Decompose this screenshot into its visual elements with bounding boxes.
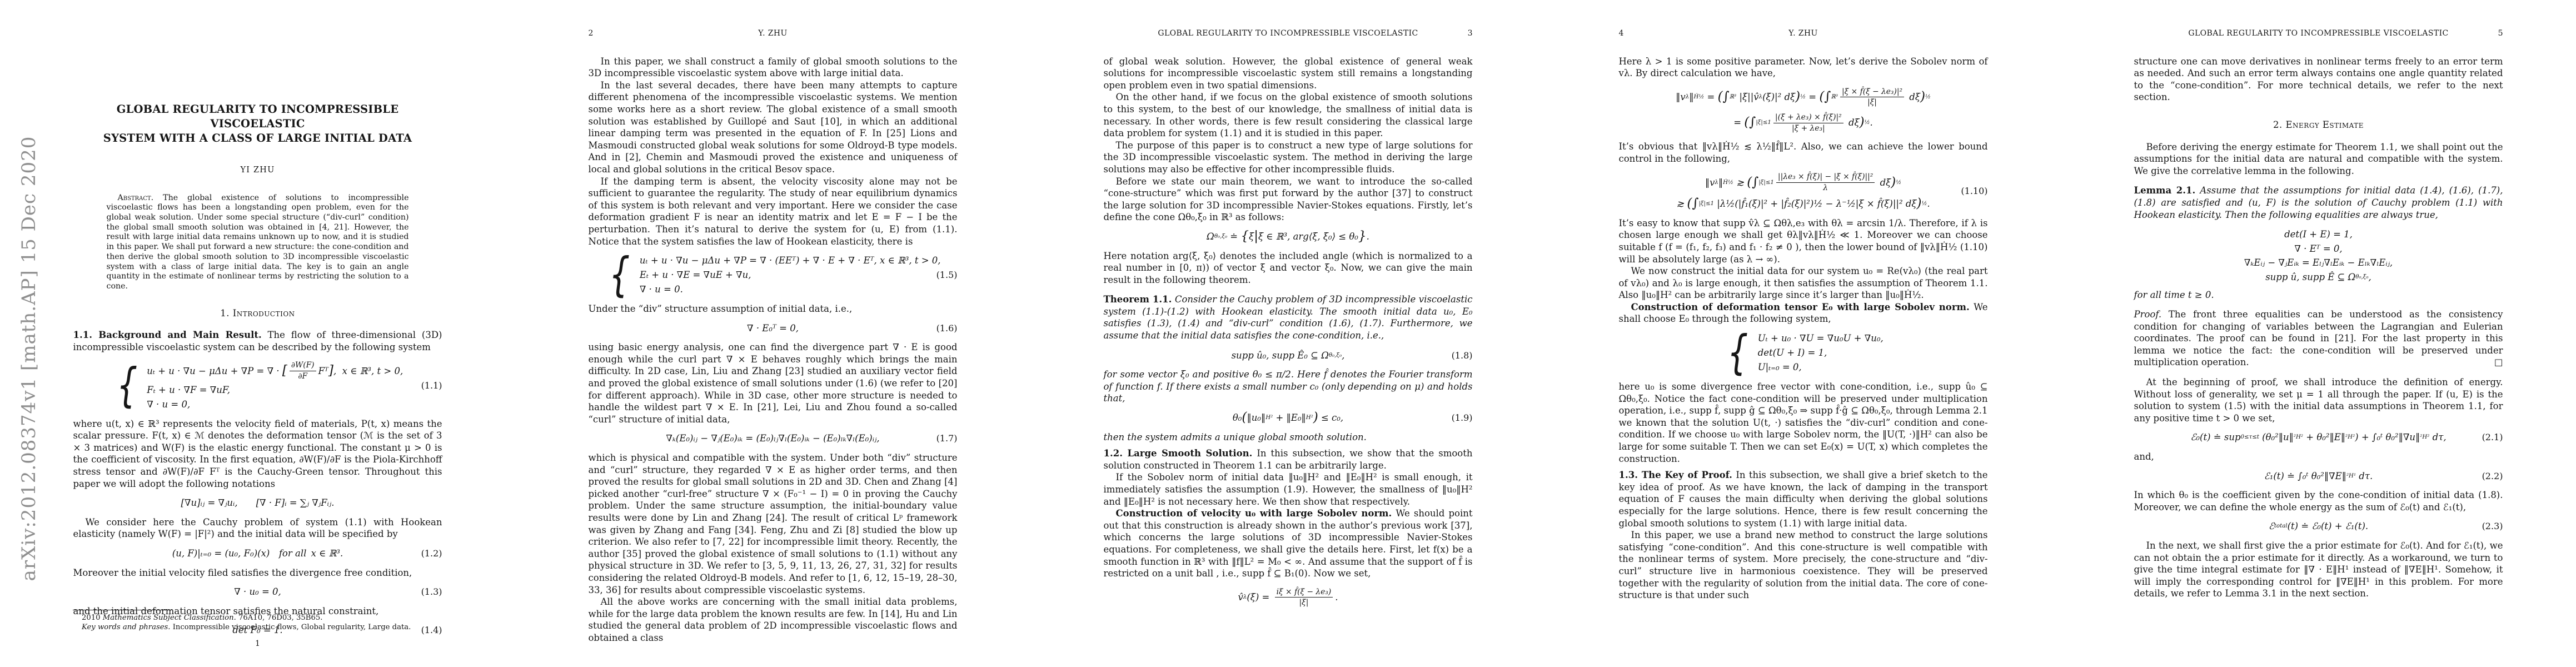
equation-number: (1.3)	[421, 586, 442, 598]
page-1: arXiv:2012.08374v1 [math.AP] 15 Dec 2020…	[0, 0, 515, 667]
equation-lines: ‖vλ‖Ḣ½ = (∫ℝ³ |ξ||v̂λ(ξ)|² dξ)½ = (∫ℝ³|ξ…	[1676, 87, 1931, 134]
paper-title: GLOBAL REGULARITY TO INCOMPRESSIBLE VISC…	[73, 102, 442, 146]
page-header: GLOBAL REGULARITY TO INCOMPRESSIBLE VISC…	[2134, 28, 2503, 40]
equation-body: supp û₀, supp Ê₀ ⊆ Ωθ₀,ξ₀,	[1232, 350, 1345, 362]
paragraph-for-all-time: for all time t ≥ 0.	[2134, 289, 2503, 301]
paragraph: All the above works are concerning with …	[589, 596, 958, 644]
paragraph: Before deriving the energy estimate for …	[2134, 141, 2503, 177]
paragraph-where: where u(t, x) ∈ ℝ³ represents the veloci…	[73, 418, 442, 490]
theorem-label: Theorem 1.1.	[1104, 294, 1172, 305]
equation-number: (1.10)	[1961, 185, 1987, 197]
equation-body: ℰtotal(t) ≐ ℰ₀(t) + ℰ₁(t).	[2269, 520, 2368, 532]
equation-line: Eₜ + u · ∇E = ∇uE + ∇u,	[640, 269, 941, 281]
footnote-year: 2010	[82, 614, 103, 622]
equation-2-1: ℰ₀(t) ≐ sup0≤τ≤t (θ₀²‖u‖²H² + θ₀²‖E‖²H²)…	[2134, 431, 2503, 444]
equation-body: ∇ · E₀ᵀ = 0,	[747, 322, 799, 335]
equation-u-system: Uₜ + u₀ · ∇U = ∇u₀U + ∇u₀, det(U + I) = …	[1619, 332, 1988, 374]
page-2-content: 2 Y. ZHU In this paper, we shall constru…	[589, 0, 958, 644]
section-heading-introduction: 1. Introduction	[73, 307, 442, 320]
header-running-title: Y. ZHU	[1643, 28, 1964, 40]
equation-2-2: ℰ₁(t) ≐ ∫₀ᵗ θ₀²‖∇E‖²H¹ dτ. (2.2)	[2134, 470, 2503, 482]
lemma-label: Lemma 2.1.	[2134, 185, 2196, 196]
page-4: 4 Y. ZHU Here λ > 1 is some positive par…	[1546, 0, 2061, 667]
paragraph: In which θ₀ is the coefficient given by …	[2134, 489, 2503, 513]
header-right	[933, 28, 958, 40]
header-running-title: GLOBAL REGULARITY TO INCOMPRESSIBLE VISC…	[1128, 28, 1448, 40]
left-brace-icon	[609, 255, 630, 295]
header-page-number: 3	[1448, 28, 1473, 40]
paragraph-and: and,	[2134, 451, 2503, 463]
equation-number: (1.7)	[936, 432, 958, 445]
paragraph: Before we state our main theorem, we wan…	[1104, 176, 1473, 223]
construction-velocity-label: Construction of velocity u₀ with large S…	[1116, 508, 1392, 519]
equation-line: ‖vλ‖Ḣ½ = (∫ℝ³ |ξ||v̂λ(ξ)|² dξ)½ = (∫ℝ³|ξ…	[1676, 87, 1931, 108]
paragraph: here u₀ is some divergence free vector w…	[1619, 381, 1988, 465]
equation-number: (2.3)	[2482, 520, 2503, 532]
equation-line: det(U + I) = 1,	[1758, 347, 1884, 359]
paragraph: which is physical and compatible with th…	[589, 452, 958, 596]
page-3: GLOBAL REGULARITY TO INCOMPRESSIBLE VISC…	[1030, 0, 1546, 667]
construction-tensor-label: Construction of deformation tensor E₀ wi…	[1631, 302, 1970, 312]
equation-line: uₜ + u · ∇u − μΔu + ∇P = ∇ · (EEᵀ) + ∇ ·…	[640, 255, 941, 267]
equation-2-3: ℰtotal(t) ≐ ℰ₀(t) + ℰ₁(t). (2.3)	[2134, 520, 2503, 532]
equation-body: Ωθ₀,ξ₀ ≐ {ξ|ξ ∈ ℝ³, arg⟨ξ, ξ₀⟩ ≤ θ₀}.	[1207, 231, 1369, 243]
paragraph: We now construct the initial data for ou…	[1619, 265, 1988, 301]
equation-body: supp û, supp Ê ⊆ Ωθ₀,ξ₀,	[2265, 271, 2371, 283]
paragraph: Here notation arg⟨ξ, ξ₀⟩ denotes the inc…	[1104, 250, 1473, 286]
paragraph-construction-tensor: Construction of deformation tensor E₀ wi…	[1619, 301, 1988, 325]
paper-screenshot: { "sidebar": {"text": "arXiv:2012.08374v…	[0, 0, 2576, 667]
lemma-equation-4: supp û, supp Ê ⊆ Ωθ₀,ξ₀,	[2134, 271, 2503, 283]
equation-1-6: ∇ · E₀ᵀ = 0, (1.6)	[589, 322, 958, 335]
equation-body: det(I + E) = 1,	[2284, 228, 2353, 241]
page-header: 2 Y. ZHU	[589, 28, 958, 40]
equation-lines: uₜ + u · ∇u − μΔu + ∇P = ∇ · (EEᵀ) + ∇ ·…	[640, 255, 941, 296]
equation-line: = (∫|ξ|≤1|(ξ + λe₃) × f̂(ξ)|²|ξ + λe₃| d…	[1733, 112, 1873, 133]
header-page-number: 5	[2479, 28, 2503, 40]
page-2: 2 Y. ZHU In this paper, we shall constru…	[515, 0, 1030, 667]
equation-body: (u, F)|ₜ₌₀ = (u₀, F₀)(x) for all x ∈ ℝ³.	[172, 547, 343, 560]
paragraph: In the next, we shall first give the a p…	[2134, 540, 2503, 600]
proof-text: The front three equalities can be unders…	[2134, 309, 2503, 367]
equation-1-8: supp û₀, supp Ê₀ ⊆ Ωθ₀,ξ₀, (1.8)	[1104, 350, 1473, 362]
paragraph: In the last several decades, there have …	[589, 79, 958, 176]
equation-line: Fₜ + u · ∇F = ∇uF,	[147, 384, 403, 396]
header-left	[2134, 28, 2159, 40]
abstract-text: The global existence of solutions to inc…	[107, 193, 409, 291]
header-page-number: 4	[1619, 28, 1643, 40]
abstract: Abstract. The global existence of soluti…	[107, 193, 409, 292]
equation-line: ‖vλ‖Ḣ½ ≳ (∫|ξ|≤1||λe₃ × f̂(ξ)| − |ξ × f̂…	[1705, 172, 1901, 193]
footnote-keywords: Key words and phrases. Incompressible vi…	[73, 623, 442, 633]
footnote-rule	[73, 610, 172, 610]
equation-1-9: θ₀(‖u₀‖H² + ‖E₀‖H²) ≤ c₀, (1.9)	[1104, 412, 1473, 424]
paragraph: The purpose of this paper is to construc…	[1104, 140, 1473, 176]
equation-number: (2.1)	[2482, 431, 2503, 444]
page-5-content: GLOBAL REGULARITY TO INCOMPRESSIBLE VISC…	[2134, 0, 2503, 600]
header-running-title: Y. ZHU	[613, 28, 933, 40]
paragraph: of global weak solution. However, the gl…	[1104, 56, 1473, 92]
equation-v-lambda-definition: v̂λ(ξ) = iξ × f̂(ξ − λe₃)|ξ|.	[1104, 587, 1473, 608]
equation-line: ∇ · u = 0,	[147, 399, 403, 411]
equation-body: [∇u]ᵢⱼ = ∇ⱼuᵢ, [∇ · F]ᵢ = ∑ⱼ ∇ⱼFᵢⱼ.	[181, 497, 335, 509]
header-left	[1104, 28, 1128, 40]
paragraph-key-of-proof: 1.3. The Key of Proof. In this subsectio…	[1619, 469, 1988, 529]
equation-cases: Uₜ + u₀ · ∇U = ∇u₀U + ∇u₀, det(U + I) = …	[1723, 332, 1883, 374]
paragraph-large-smooth: 1.2. Large Smooth Solution. In this subs…	[1104, 447, 1473, 471]
lemma-equation-1: det(I + E) = 1,	[2134, 228, 2503, 241]
paragraph: On the other hand, if we focus on the gl…	[1104, 91, 1473, 139]
footnote-keywords-text: Incompressible viscoelastic flows, Globa…	[171, 623, 411, 631]
author-name: YI ZHU	[73, 165, 442, 177]
equation-body: ℰ₀(t) ≐ sup0≤τ≤t (θ₀²‖u‖²H² + θ₀²‖E‖²H²)…	[2190, 431, 2446, 444]
paragraph: At the beginning of proof, we shall intr…	[2134, 376, 2503, 424]
footnote-msc-label: Mathematics Subject Classification.	[103, 614, 236, 622]
equation-number: (1.2)	[421, 547, 442, 560]
equation-1-7: ∇ₖ(E₀)ᵢⱼ − ∇ⱼ(E₀)ᵢₖ = (E₀)ₗⱼ∇ₗ(E₀)ᵢₖ − (…	[589, 432, 958, 445]
left-brace-icon	[1727, 333, 1748, 372]
paragraph: It’s obvious that ‖vλ‖Ḣ½ ≲ λ½‖f̂‖L². Als…	[1619, 141, 1988, 165]
page-header: GLOBAL REGULARITY TO INCOMPRESSIBLE VISC…	[1104, 28, 1473, 40]
paragraph-construction-velocity: Construction of velocity u₀ with large S…	[1104, 507, 1473, 580]
header-right	[1964, 28, 1988, 40]
equation-lines: ‖vλ‖Ḣ½ ≳ (∫|ξ|≤1||λe₃ × f̂(ξ)| − |ξ × f̂…	[1676, 172, 1930, 210]
paper-title-line1: GLOBAL REGULARITY TO INCOMPRESSIBLE VISC…	[73, 102, 442, 131]
paragraph: structure one can move derivatives in no…	[2134, 56, 2503, 103]
equation-number: (1.5)	[936, 269, 958, 281]
lemma-2-1: Lemma 2.1. Assume that the assumptions f…	[2134, 185, 2503, 221]
equation-body: v̂λ(ξ) = iξ × f̂(ξ − λe₃)|ξ|.	[1238, 587, 1338, 608]
equation-body: ∇ₖ(E₀)ᵢⱼ − ∇ⱼ(E₀)ᵢₖ = (E₀)ₗⱼ∇ₗ(E₀)ᵢₖ − (…	[666, 432, 879, 445]
equation-number: (1.1)	[421, 380, 442, 392]
header-page-number: 2	[589, 28, 613, 40]
page-5: GLOBAL REGULARITY TO INCOMPRESSIBLE VISC…	[2061, 0, 2576, 667]
paragraph-background: 1.1. Background and Main Result. The flo…	[73, 329, 442, 353]
equation-notations: [∇u]ᵢⱼ = ∇ⱼuᵢ, [∇ · F]ᵢ = ∑ⱼ ∇ⱼFᵢⱼ.	[73, 497, 442, 509]
subsection-label-1-1: 1.1. Background and Main Result.	[73, 330, 262, 340]
equation-cases: uₜ + u · ∇u − μΔu + ∇P = ∇ · (EEᵀ) + ∇ ·…	[605, 255, 940, 296]
footnote-block: 2010 Mathematics Subject Classification.…	[73, 610, 442, 633]
paragraph-theorem-continuation: for some vector ξ₀ and positive θ₀ ≤ π/2…	[1104, 369, 1473, 405]
equation-line: ≳ (∫|ξ|≤1 |λ½(|f̂₁(ξ)|² + |f̂₂(ξ)|²)½ − …	[1676, 198, 1930, 210]
equation-body: ℰ₁(t) ≐ ∫₀ᵗ θ₀²‖∇E‖²H¹ dτ.	[2264, 470, 2373, 482]
equation-body: ∇ₖEᵢⱼ − ∇ⱼEᵢₖ = Eₗⱼ∇ₗEᵢₖ − Eₗₖ∇ₗEᵢⱼ,	[2244, 257, 2393, 269]
header-running-title: GLOBAL REGULARITY TO INCOMPRESSIBLE VISC…	[2159, 28, 2479, 40]
paragraph: If the damping term is absent, the veloc…	[589, 176, 958, 248]
equation-number: (1.8)	[1452, 350, 1473, 362]
paragraph: It’s easy to know that supp v̂λ ⊆ Ωθλ,e₃…	[1619, 217, 1988, 265]
proof-paragraph: Proof. The front three equalities can be…	[2134, 308, 2503, 369]
equation-line: U|ₜ₌₀ = 0,	[1758, 361, 1884, 374]
equation-body: ∇ · u₀ = 0,	[234, 586, 281, 598]
paragraph-theorem-conclusion: then the system admits a unique global s…	[1104, 431, 1473, 444]
paragraph: using basic energy analysis, one can fin…	[589, 341, 958, 425]
equation-cases: uₜ + u · ∇u − μΔu + ∇P = ∇ · [∂W(F)∂FFᵀ]…	[112, 360, 403, 410]
equation-1-5: uₜ + u · ∇u − μΔu + ∇P = ∇ · (EEᵀ) + ∇ ·…	[589, 255, 958, 296]
left-brace-icon	[117, 366, 137, 405]
paragraph-divergence: Moreover the initial velocity filed sati…	[73, 567, 442, 579]
equation-1-1: uₜ + u · ∇u − μΔu + ∇P = ∇ · [∂W(F)∂FFᵀ]…	[73, 360, 442, 410]
equation-line: Uₜ + u₀ · ∇U = ∇u₀U + ∇u₀,	[1758, 332, 1884, 345]
footnote-keywords-label: Key words and phrases.	[82, 623, 171, 631]
paragraph: Here λ > 1 is some positive parameter. N…	[1619, 56, 1988, 79]
page-number: 1	[0, 639, 515, 648]
equation-body: ∇ · Eᵀ = 0,	[2294, 243, 2342, 255]
arxiv-watermark: arXiv:2012.08374v1 [math.AP] 15 Dec 2020	[18, 120, 40, 598]
equation-cone-definition: Ωθ₀,ξ₀ ≐ {ξ|ξ ∈ ℝ³, arg⟨ξ, ξ₀⟩ ≤ θ₀}.	[1104, 231, 1473, 243]
equation-lines: Uₜ + u₀ · ∇U = ∇u₀U + ∇u₀, det(U + I) = …	[1758, 332, 1884, 374]
equation-number: (2.2)	[2482, 470, 2503, 482]
subsection-label-1-3: 1.3. The Key of Proof.	[1619, 470, 1732, 480]
equation-number: (1.9)	[1452, 412, 1473, 424]
proof-label: Proof.	[2134, 309, 2162, 320]
footnote-msc: 2010 Mathematics Subject Classification.…	[73, 614, 442, 623]
equation-number: (1.6)	[936, 322, 958, 335]
equation-body: θ₀(‖u₀‖H² + ‖E₀‖H²) ≤ c₀,	[1233, 412, 1343, 424]
paragraph: Under the “div” structure assumption of …	[589, 303, 958, 315]
equation-sobolev-derivation: ‖vλ‖Ḣ½ = (∫ℝ³ |ξ||v̂λ(ξ)|² dξ)½ = (∫ℝ³|ξ…	[1619, 87, 1988, 134]
paragraph-text: We should point out that this constructi…	[1104, 508, 1473, 579]
paper-title-line2: SYSTEM WITH A CLASS OF LARGE INITIAL DAT…	[73, 131, 442, 146]
page-header: 4 Y. ZHU	[1619, 28, 1988, 40]
equation-line: uₜ + u · ∇u − μΔu + ∇P = ∇ · [∂W(F)∂FFᵀ]…	[147, 360, 403, 381]
theorem-1-1: Theorem 1.1. Consider the Cauchy problem…	[1104, 293, 1473, 341]
page-3-content: GLOBAL REGULARITY TO INCOMPRESSIBLE VISC…	[1104, 0, 1473, 608]
paragraph: If the Sobolev norm of initial data ‖u₀‖…	[1104, 471, 1473, 507]
section-heading-energy-estimate: 2. Energy Estimate	[2134, 119, 2503, 131]
lemma-equation-2: ∇ · Eᵀ = 0,	[2134, 243, 2503, 255]
footnote-msc-codes: 76A10, 76D03, 35B65.	[236, 614, 323, 622]
paragraph-cauchy: We consider here the Cauchy problem of s…	[73, 516, 442, 540]
equation-lines: uₜ + u · ∇u − μΔu + ∇P = ∇ · [∂W(F)∂FFᵀ]…	[147, 360, 403, 410]
lemma-equation-3: ∇ₖEᵢⱼ − ∇ⱼEᵢₖ = Eₗⱼ∇ₗEᵢₖ − Eₗₖ∇ₗEᵢⱼ,	[2134, 257, 2503, 269]
equation-1-2: (u, F)|ₜ₌₀ = (u₀, F₀)(x) for all x ∈ ℝ³.…	[73, 547, 442, 560]
page-1-content: GLOBAL REGULARITY TO INCOMPRESSIBLE VISC…	[73, 0, 442, 636]
paragraph: In this paper, we shall construct a fami…	[589, 56, 958, 79]
page-4-content: 4 Y. ZHU Here λ > 1 is some positive par…	[1619, 0, 1988, 601]
abstract-label: Abstract.	[118, 193, 154, 202]
subsection-label-1-2: 1.2. Large Smooth Solution.	[1104, 448, 1253, 459]
qed-box: □	[2494, 356, 2503, 369]
paragraph: In this paper, we use a brand new method…	[1619, 529, 1988, 601]
equation-1-10: ‖vλ‖Ḣ½ ≳ (∫|ξ|≤1||λe₃ × f̂(ξ)| − |ξ × f̂…	[1619, 172, 1988, 210]
equation-1-3: ∇ · u₀ = 0, (1.3)	[73, 586, 442, 598]
equation-line: ∇ · u = 0.	[640, 283, 941, 296]
